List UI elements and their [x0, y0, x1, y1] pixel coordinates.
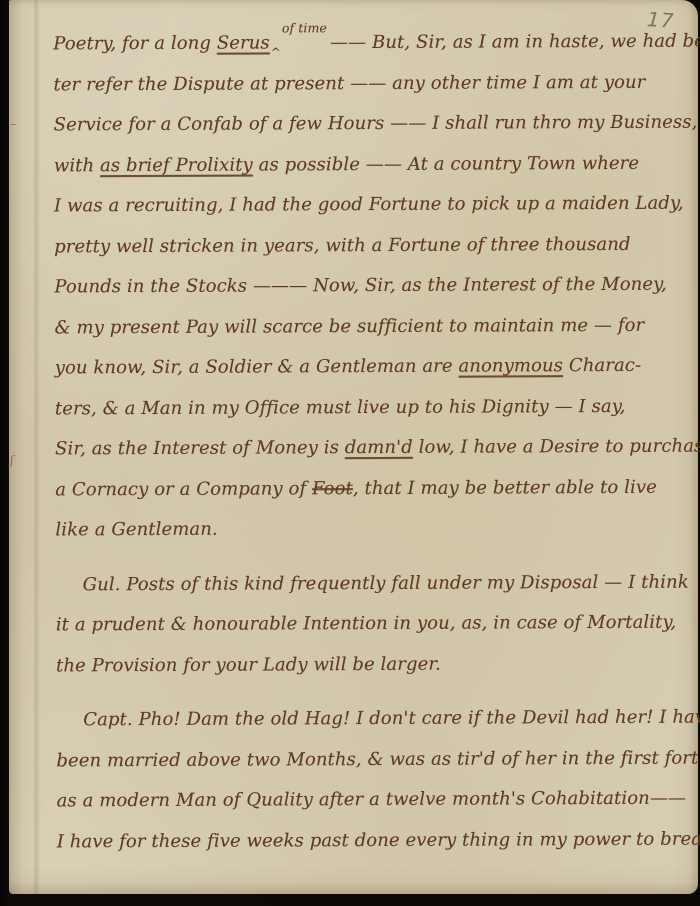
paragraph: Capt. Pho! Dam the old Hag! I don't care…: [56, 698, 686, 863]
strike-segment: Foot: [312, 478, 353, 499]
manuscript-line: Capt. Pho! Dam the old Hag! I don't care…: [56, 698, 685, 741]
u-segment: anonymous: [458, 355, 563, 376]
manuscript-line: as a modern Man of Quality after a twelv…: [56, 779, 685, 822]
text-segment: with: [54, 155, 100, 176]
text-segment: been married above two Months, & was as …: [56, 747, 700, 771]
text-segment: Sir, as the Interest of Money is: [55, 437, 345, 459]
text-segment: , that I may be better able to live: [353, 476, 657, 498]
manuscript-line: Poetry, for a long Serus^of time—— But, …: [53, 22, 682, 65]
text-segment: ter refer the Dispute at present —— any …: [53, 71, 645, 95]
manuscript-line: with as brief Prolixity as possible —— A…: [54, 143, 683, 186]
text-segment: pretty well stricken in years, with a Fo…: [54, 233, 630, 257]
manuscript-line: Sir, as the Interest of Money is damn'd …: [55, 427, 684, 470]
caret-segment: ^: [271, 46, 281, 58]
ink-bleed-mark: –: [10, 118, 17, 131]
text-segment: Capt. Pho! Dam the old Hag! I don't care…: [83, 706, 700, 730]
manuscript-line: I was a recruiting, I had the good Fortu…: [54, 184, 683, 227]
text-segment: I have for these five weeks past done ev…: [57, 828, 700, 852]
manuscript-line: I have for these five weeks past done ev…: [57, 819, 686, 862]
u-segment: as brief Prolixity: [100, 154, 253, 176]
text-segment: as possible —— At a country Town where: [253, 152, 639, 175]
text-segment: Poetry, for a long: [53, 33, 217, 55]
text-segment: a Cornacy or a Company of: [55, 478, 312, 500]
text-segment: Pounds in the Stocks ——— Now, Sir, as th…: [54, 274, 667, 298]
text-segment: it a prudent & honourable Intention in y…: [56, 612, 676, 636]
photograph-backdrop: 17 Poetry, for a long Serus^of time—— Bu…: [0, 0, 700, 906]
paragraph: Poetry, for a long Serus^of time—— But, …: [53, 22, 684, 551]
text-segment: low, I have a Desire to purchase: [413, 435, 700, 457]
manuscript-line: like a Gentleman.: [55, 508, 684, 551]
manuscript-line: the Provision for your Lady will be larg…: [56, 643, 685, 686]
u-segment: damn'd: [345, 437, 413, 458]
manuscript-line: Pounds in the Stocks ——— Now, Sir, as th…: [54, 265, 683, 308]
manuscript-line: & my present Pay will scarce be sufficie…: [54, 305, 683, 348]
text-segment: —— But, Sir, as I am in haste, we had be…: [330, 30, 700, 53]
text-segment: I was a recruiting, I had the good Fortu…: [54, 193, 684, 217]
manuscript-line: ters, & a Man in my Office must live up …: [55, 386, 684, 429]
paragraph: Gul. Posts of this kind frequently fall …: [56, 562, 686, 686]
text-segment: ters, & a Man in my Office must live up …: [55, 395, 626, 418]
text-segment: & my present Pay will scarce be sufficie…: [54, 314, 644, 338]
text-segment: Gul. Posts of this kind frequently fall …: [83, 571, 689, 595]
text-segment: as a modern Man of Quality after a twelv…: [57, 788, 687, 812]
text-segment: Charac-: [563, 355, 641, 376]
sup-segment: of time: [282, 22, 327, 35]
manuscript-line: Service for a Confab of a few Hours —— I…: [54, 103, 683, 146]
manuscript-line: Gul. Posts of this kind frequently fall …: [56, 562, 685, 605]
manuscript-line: ter refer the Dispute at present —— any …: [53, 62, 682, 105]
u-segment: Serus: [217, 32, 270, 53]
text-segment: you know, Sir, a Soldier & a Gentleman a…: [55, 356, 459, 379]
manuscript-line: been married above two Months, & was as …: [56, 738, 685, 781]
text-segment: like a Gentleman.: [55, 519, 217, 541]
manuscript-page: 17 Poetry, for a long Serus^of time—— Bu…: [9, 0, 698, 894]
manuscript-line: pretty well stricken in years, with a Fo…: [54, 224, 683, 267]
manuscript-line: it a prudent & honourable Intention in y…: [56, 603, 685, 646]
manuscript-line: a Cornacy or a Company of Foot, that I m…: [55, 467, 684, 510]
manuscript-line: you know, Sir, a Soldier & a Gentleman a…: [55, 346, 684, 389]
text-segment: the Provision for your Lady will be larg…: [56, 653, 441, 676]
text-block: Poetry, for a long Serus^of time—— But, …: [53, 22, 686, 863]
text-segment: Service for a Confab of a few Hours —— I…: [54, 112, 698, 136]
ink-bleed-mark: ʃ: [10, 455, 14, 468]
